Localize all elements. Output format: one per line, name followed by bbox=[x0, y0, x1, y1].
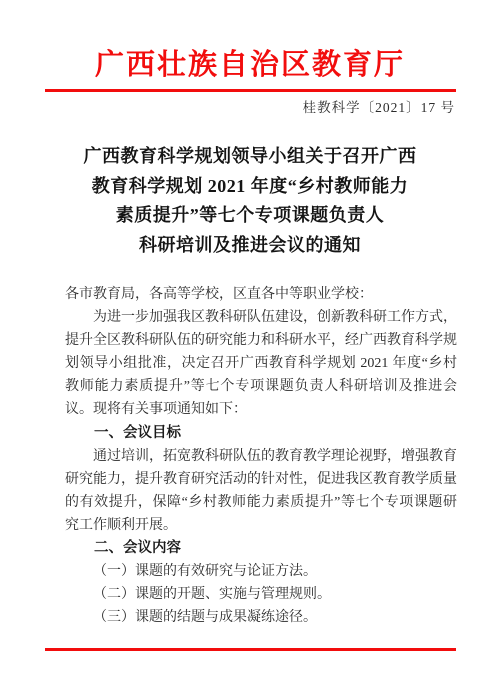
agenda-item: （三）课题的结题与成果凝练途径。 bbox=[65, 606, 457, 629]
goals-line: 究工作顺利开展。 bbox=[65, 514, 457, 537]
footer-red-rule bbox=[45, 648, 456, 651]
intro-line: 议。现将有关事项通知如下： bbox=[65, 398, 457, 421]
intro-line: 提升全区教科研队伍的研究能力和科研水平，经广西教育科学规 bbox=[65, 329, 457, 352]
notice-body: 各市教育局，各高等学校，区直各中等职业学校： 为进一步加强我区教科研队伍建设，创… bbox=[65, 283, 457, 629]
agenda-item: （一）课题的有效研究与论证方法。 bbox=[65, 560, 457, 583]
goals-line: 的有效提升，保障“乡村教师能力素质提升”等七个专项课题研 bbox=[65, 491, 457, 514]
document-page: 广西壮族自治区教育厅 桂教科学〔2021〕17 号 广西教育科学规划领导小组关于… bbox=[0, 0, 500, 687]
intro-line: 划领导小组批准，决定召开广西教育科学规划 2021 年度“乡村 bbox=[65, 352, 457, 375]
intro-line: 教师能力素质提升”等七个专项课题负责人科研培训及推进会 bbox=[65, 375, 457, 398]
section-heading-goals: 一、会议目标 bbox=[65, 422, 457, 445]
goals-line: 通过培训，拓宽教科研队伍的教育教学理论视野，增强教育 bbox=[65, 445, 457, 468]
notice-title-line: 教育科学规划 2021 年度“乡村教师能力 bbox=[30, 172, 470, 202]
document-number: 桂教科学〔2021〕17 号 bbox=[303, 96, 455, 116]
notice-title-line: 广西教育科学规划领导小组关于召开广西 bbox=[30, 142, 470, 172]
agency-header-title: 广西壮族自治区教育厅 bbox=[0, 42, 500, 83]
notice-title: 广西教育科学规划领导小组关于召开广西 教育科学规划 2021 年度“乡村教师能力… bbox=[30, 142, 470, 260]
goals-line: 研究能力，提升教育研究活动的针对性，促进我区教育教学质量 bbox=[65, 468, 457, 491]
notice-title-line: 素质提升”等七个专项课题负责人 bbox=[30, 201, 470, 231]
header-red-rule bbox=[45, 89, 456, 92]
agenda-item: （二）课题的开题、实施与管理规则。 bbox=[65, 583, 457, 606]
section-heading-content: 二、会议内容 bbox=[65, 537, 457, 560]
notice-title-line: 科研培训及推进会议的通知 bbox=[30, 231, 470, 261]
salutation-line: 各市教育局，各高等学校，区直各中等职业学校： bbox=[65, 283, 457, 306]
intro-line: 为进一步加强我区教科研队伍建设，创新教科研工作方式， bbox=[65, 306, 457, 329]
